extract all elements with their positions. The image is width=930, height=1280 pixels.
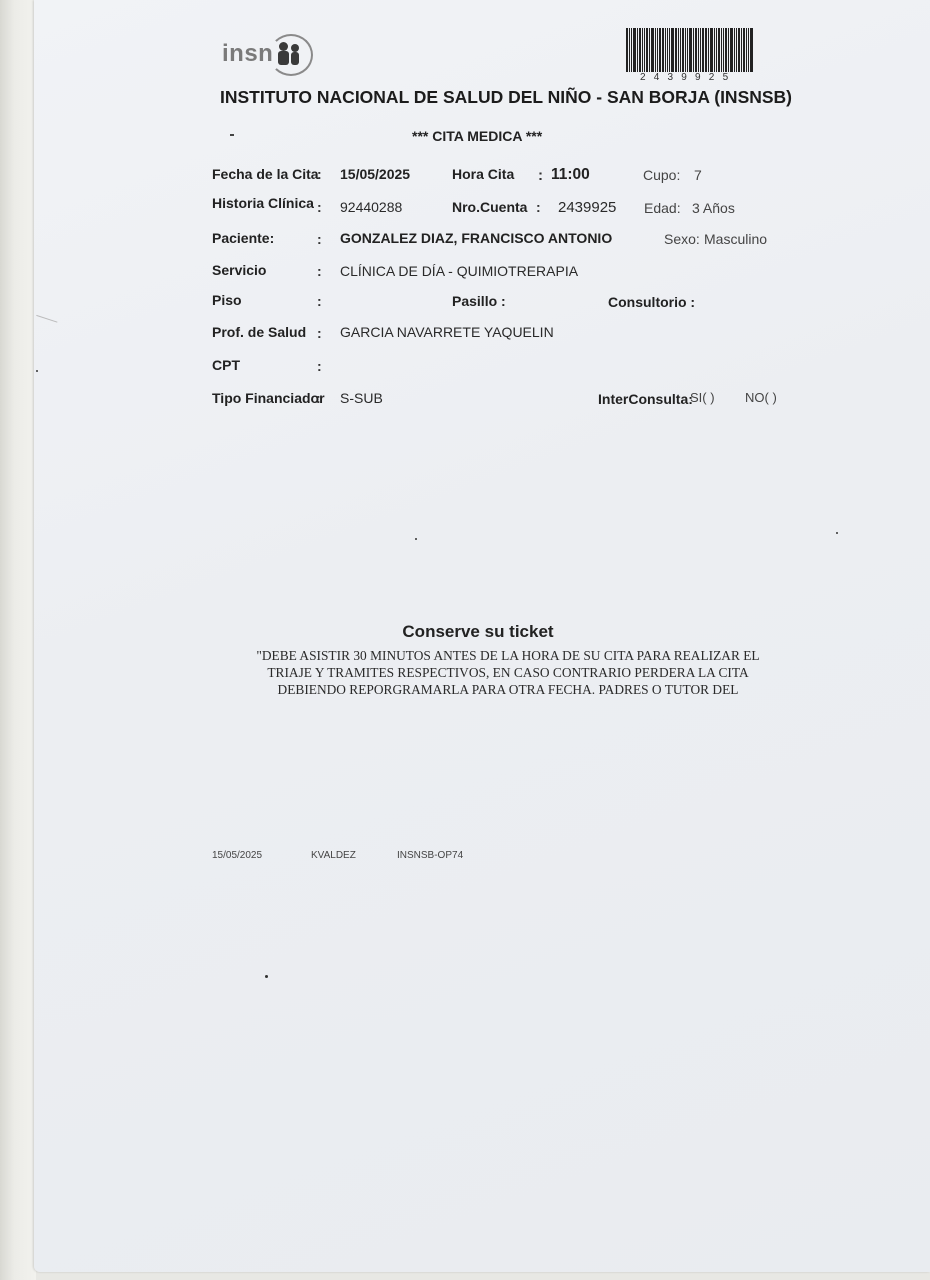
consultorio-label: Consultorio : bbox=[608, 294, 695, 310]
paciente-value: GONZALEZ DIAZ, FRANCISCO ANTONIO bbox=[340, 230, 612, 246]
financiador-colon: : bbox=[316, 390, 321, 406]
fecha-value: 15/05/2025 bbox=[340, 166, 410, 182]
fecha-colon: : bbox=[317, 166, 322, 182]
paper-speck bbox=[36, 370, 38, 372]
hora-value: 11:00 bbox=[551, 166, 590, 184]
servicio-colon: : bbox=[317, 263, 322, 279]
paper-speck bbox=[265, 975, 268, 978]
cuenta-value: 2439925 bbox=[558, 199, 616, 216]
cuenta-colon: : bbox=[536, 199, 541, 215]
footer-date: 15/05/2025 bbox=[212, 850, 262, 861]
footer-terminal: INSNSB-OP74 bbox=[397, 850, 463, 861]
document-title: *** CITA MEDICA *** bbox=[412, 128, 542, 144]
sexo-value: Masculino bbox=[704, 231, 767, 247]
servicio-value: CLÍNICA DE DÍA - QUIMIOTRERAPIA bbox=[340, 263, 578, 279]
insn-logo: insn bbox=[222, 36, 309, 72]
notice-line: DEBIENDO REPORGRAMARLA PARA OTRA FECHA. … bbox=[228, 681, 788, 698]
interconsulta-si: SI( ) bbox=[690, 390, 715, 405]
notice-line: "DEBE ASISTIR 30 MINUTOS ANTES DE LA HOR… bbox=[228, 647, 788, 664]
cpt-label: CPT bbox=[212, 357, 240, 373]
hora-label: Hora Cita bbox=[452, 166, 514, 182]
piso-colon: : bbox=[317, 293, 322, 309]
cupo-label: Cupo: bbox=[643, 167, 680, 183]
servicio-label: Servicio bbox=[212, 262, 266, 278]
children-icon bbox=[273, 36, 309, 72]
financiador-value: S-SUB bbox=[340, 390, 383, 406]
notice-line: TRIAJE Y TRAMITES RESPECTIVOS, EN CASO C… bbox=[228, 664, 788, 681]
institution-title: INSTITUTO NACIONAL DE SALUD DEL NIÑO - S… bbox=[220, 87, 792, 108]
cpt-colon: : bbox=[317, 358, 322, 374]
sexo-label: Sexo: bbox=[664, 231, 700, 247]
paciente-label: Paciente: bbox=[212, 230, 274, 246]
financiador-label: Tipo Financiador bbox=[212, 390, 325, 406]
notice-title: Conserve su ticket bbox=[0, 622, 930, 642]
interconsulta-label: InterConsulta: bbox=[598, 391, 693, 407]
interconsulta-no: NO( ) bbox=[745, 390, 777, 405]
prof-colon: : bbox=[317, 325, 322, 341]
stray-mark bbox=[230, 134, 234, 136]
pasillo-label: Pasillo : bbox=[452, 293, 506, 309]
prof-label: Prof. de Salud bbox=[212, 324, 306, 340]
notice-body: "DEBE ASISTIR 30 MINUTOS ANTES DE LA HOR… bbox=[228, 647, 788, 698]
cupo-value: 7 bbox=[694, 167, 702, 183]
fecha-label: Fecha de la Cita bbox=[212, 166, 319, 182]
historia-colon: : bbox=[317, 199, 322, 215]
paper-speck bbox=[836, 532, 838, 534]
historia-value: 92440288 bbox=[340, 199, 402, 215]
edad-value: 3 Años bbox=[692, 200, 735, 216]
cuenta-label: Nro.Cuenta bbox=[452, 199, 527, 215]
logo-text: insn bbox=[222, 40, 273, 68]
barcode-number: 2439925 bbox=[640, 72, 736, 83]
paper-speck bbox=[415, 538, 417, 540]
footer-user: KVALDEZ bbox=[311, 850, 356, 861]
paciente-colon: : bbox=[317, 231, 322, 247]
historia-label: Historia Clínica bbox=[212, 195, 314, 211]
hora-colon: : bbox=[538, 167, 543, 184]
edad-label: Edad: bbox=[644, 200, 681, 216]
barcode bbox=[626, 28, 758, 72]
piso-label: Piso bbox=[212, 292, 242, 308]
prof-value: GARCIA NAVARRETE YAQUELIN bbox=[340, 324, 554, 340]
